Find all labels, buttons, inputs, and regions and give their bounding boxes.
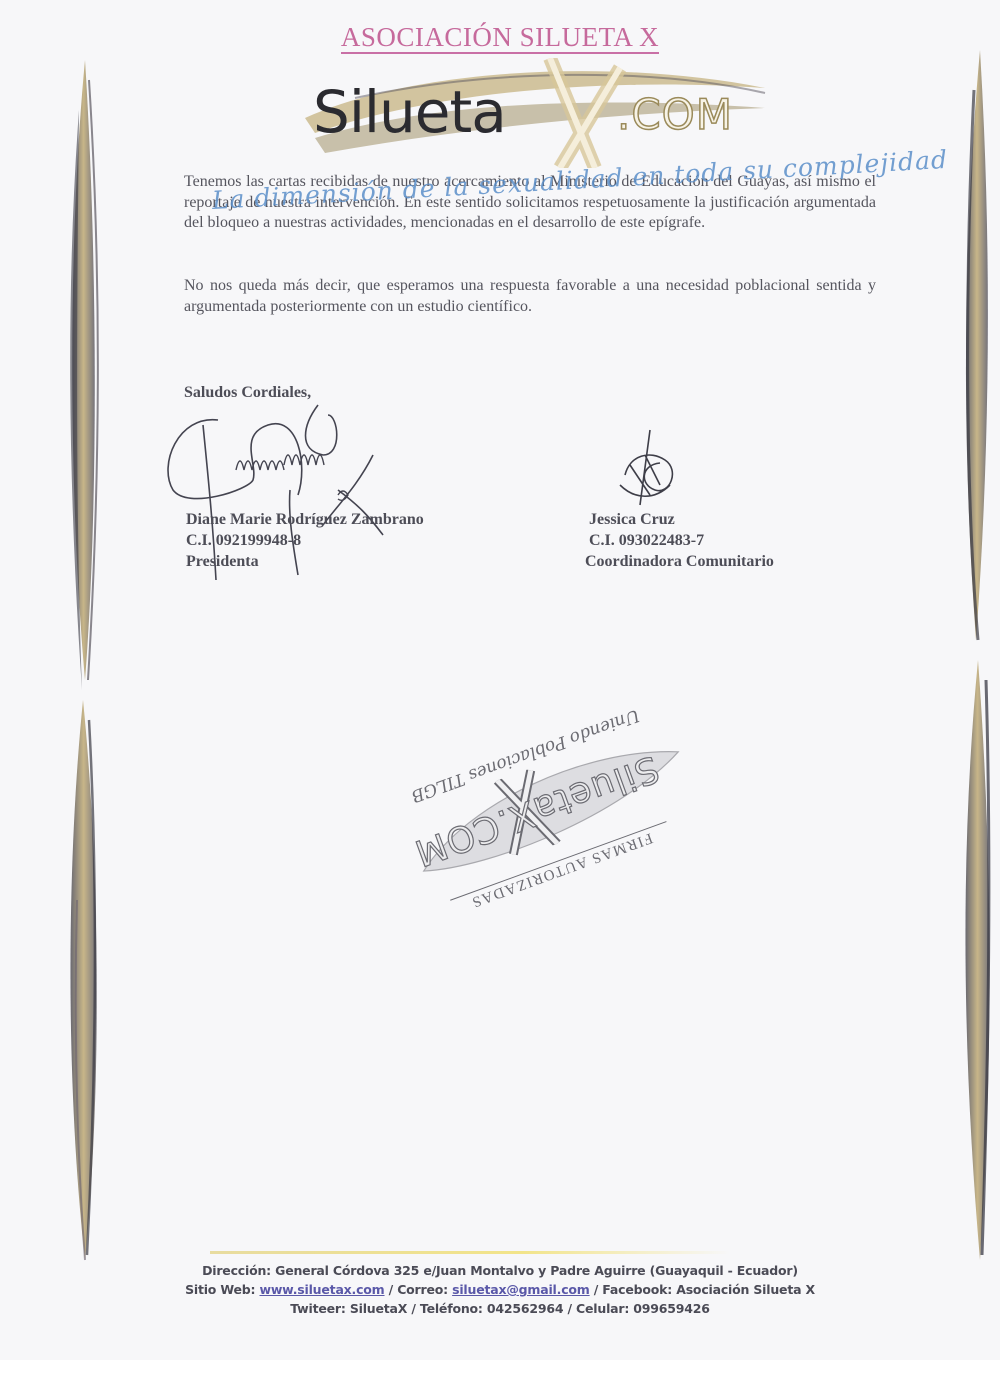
logo-suffix: .COM — [617, 90, 733, 139]
signatory-role: Presidenta — [186, 551, 424, 572]
footer-divider — [210, 1251, 730, 1254]
footer-web-line: Sitio Web: www.siluetax.com / Correo: si… — [0, 1280, 1000, 1299]
footer-phone-line: Twiteer: SiluetaX / Teléfono: 042562964 … — [0, 1299, 1000, 1318]
signatory-id: C.I. 092199948-8 — [186, 530, 424, 551]
signatory-coordinator: Jessica Cruz C.I. 093022483-7 Coordinado… — [585, 509, 774, 572]
phone: / Teléfono: 042562964 — [411, 1301, 563, 1316]
right-decorative-border-icon — [940, 0, 1000, 1300]
authorized-signatures-stamp: FIRMAS AUTORIZADAS SiluetaX.COM Uniendo … — [380, 650, 700, 920]
signatory-name: Jessica Cruz — [585, 509, 774, 530]
signatory-role: Coordinadora Comunitario — [585, 551, 774, 572]
website-link[interactable]: www.siluetax.com — [259, 1282, 384, 1297]
organization-title: ASOCIACIÓN SILUETA X — [0, 22, 1000, 53]
email-link[interactable]: siluetax@gmail.com — [452, 1282, 590, 1297]
address: General Córdova 325 e/Juan Montalvo y Pa… — [275, 1263, 798, 1278]
letter-page: ASOCIACIÓN SILUETA X Silueta .COM Tenemo… — [0, 0, 1000, 1376]
scan-edge — [0, 1360, 1000, 1376]
footer-contact: Dirección: General Córdova 325 e/Juan Mo… — [0, 1261, 1000, 1318]
siluetax-logo: Silueta .COM — [295, 58, 775, 168]
mobile: / Celular: 099659426 — [568, 1301, 710, 1316]
body-paragraph-2: No nos queda más decir, que esperamos un… — [184, 276, 876, 317]
signatory-name: Diane Marie Rodríguez Zambrano — [186, 509, 424, 530]
twitter: Twiteer: SiluetaX — [290, 1301, 407, 1316]
signatory-id: C.I. 093022483-7 — [585, 530, 774, 551]
signature-scribble-icon — [610, 425, 690, 515]
signatory-president: Diane Marie Rodríguez Zambrano C.I. 0921… — [186, 509, 424, 572]
footer-address-line: Dirección: General Córdova 325 e/Juan Mo… — [0, 1261, 1000, 1280]
left-decorative-border-icon — [55, 0, 115, 1300]
logo-wordmark: Silueta — [313, 78, 506, 146]
facebook: / Facebook: Asociación Silueta X — [594, 1282, 815, 1297]
